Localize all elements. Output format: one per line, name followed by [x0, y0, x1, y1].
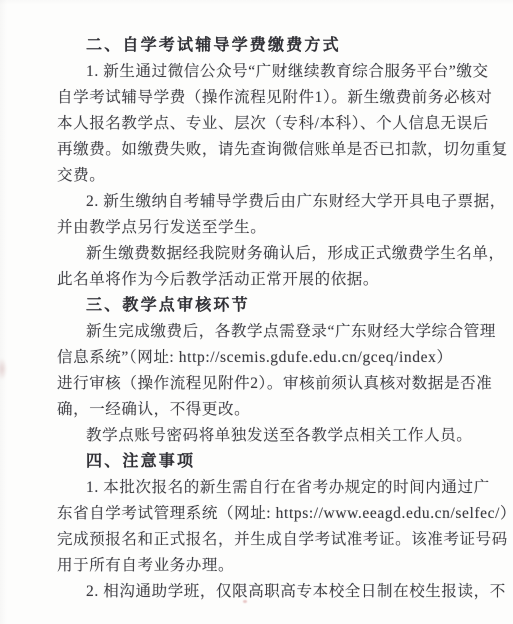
- document-line: 此名单将作为今后教学活动正常开展的依据。: [57, 267, 507, 293]
- document-line: 2. 新生缴纳自考辅导学费后由广东财经大学开具电子票据，: [57, 189, 507, 215]
- document-line: 2. 相沟通助学班，仅限高职高专本校全日制在校生报读，不: [57, 579, 507, 605]
- scanned-document-page: { "page": { "kind": "scanned-official-no…: [0, 0, 513, 624]
- document-line: 信息系统”（网址: http://scemis.gdufe.edu.cn/gce…: [57, 345, 507, 371]
- document-line: 新生缴费数据经我院财务确认后，形成正式缴费学生名单，: [57, 241, 507, 267]
- document-line: 1. 新生通过微信公众号“广财继续教育综合服务平台”缴交: [57, 59, 507, 85]
- document-line: 新生完成缴费后，各教学点需登录“广东财经大学综合管理: [57, 319, 507, 345]
- document-line: 自学考试辅导学费（操作流程见附件1）。新生缴费前务必核对: [57, 85, 507, 111]
- section-heading: 二、自学考试辅导学费缴费方式: [57, 33, 507, 59]
- scan-smudge: [0, 358, 7, 380]
- document-line: 进行审核（操作流程见附件2）。审核前须认真核对数据是否准: [57, 371, 507, 397]
- document-line: 并由教学点另行发送至学生。: [57, 215, 507, 241]
- document-line: 东省自学考试管理系统（网址: https://www.eeagd.edu.cn/…: [57, 501, 507, 527]
- document-line: 再缴费。如缴费失败，请先查询微信账单是否已扣款，切勿重复: [57, 137, 507, 163]
- document-line: 本人报名教学点、专业、层次（专科/本科）、个人信息无误后: [57, 111, 507, 137]
- section-heading: 四、注意事项: [57, 449, 507, 475]
- document-line: 交费。: [57, 163, 507, 189]
- document-line: 1. 本批次报名的新生需自行在省考办规定的时间内通过广: [57, 475, 507, 501]
- document-line: 用于所有自考业务办理。: [57, 553, 507, 579]
- document-line: 完成预报名和正式报名，并生成自学考试准考证。该准考证号码: [57, 527, 507, 553]
- scan-speck: [243, 600, 247, 603]
- document-body: 二、自学考试辅导学费缴费方式1. 新生通过微信公众号“广财继续教育综合服务平台”…: [57, 33, 507, 605]
- document-line: 确，一经确认，不得更改。: [57, 397, 507, 423]
- document-line: 教学点账号密码将单独发送至各教学点相关工作人员。: [57, 423, 507, 449]
- section-heading: 三、教学点审核环节: [57, 293, 507, 319]
